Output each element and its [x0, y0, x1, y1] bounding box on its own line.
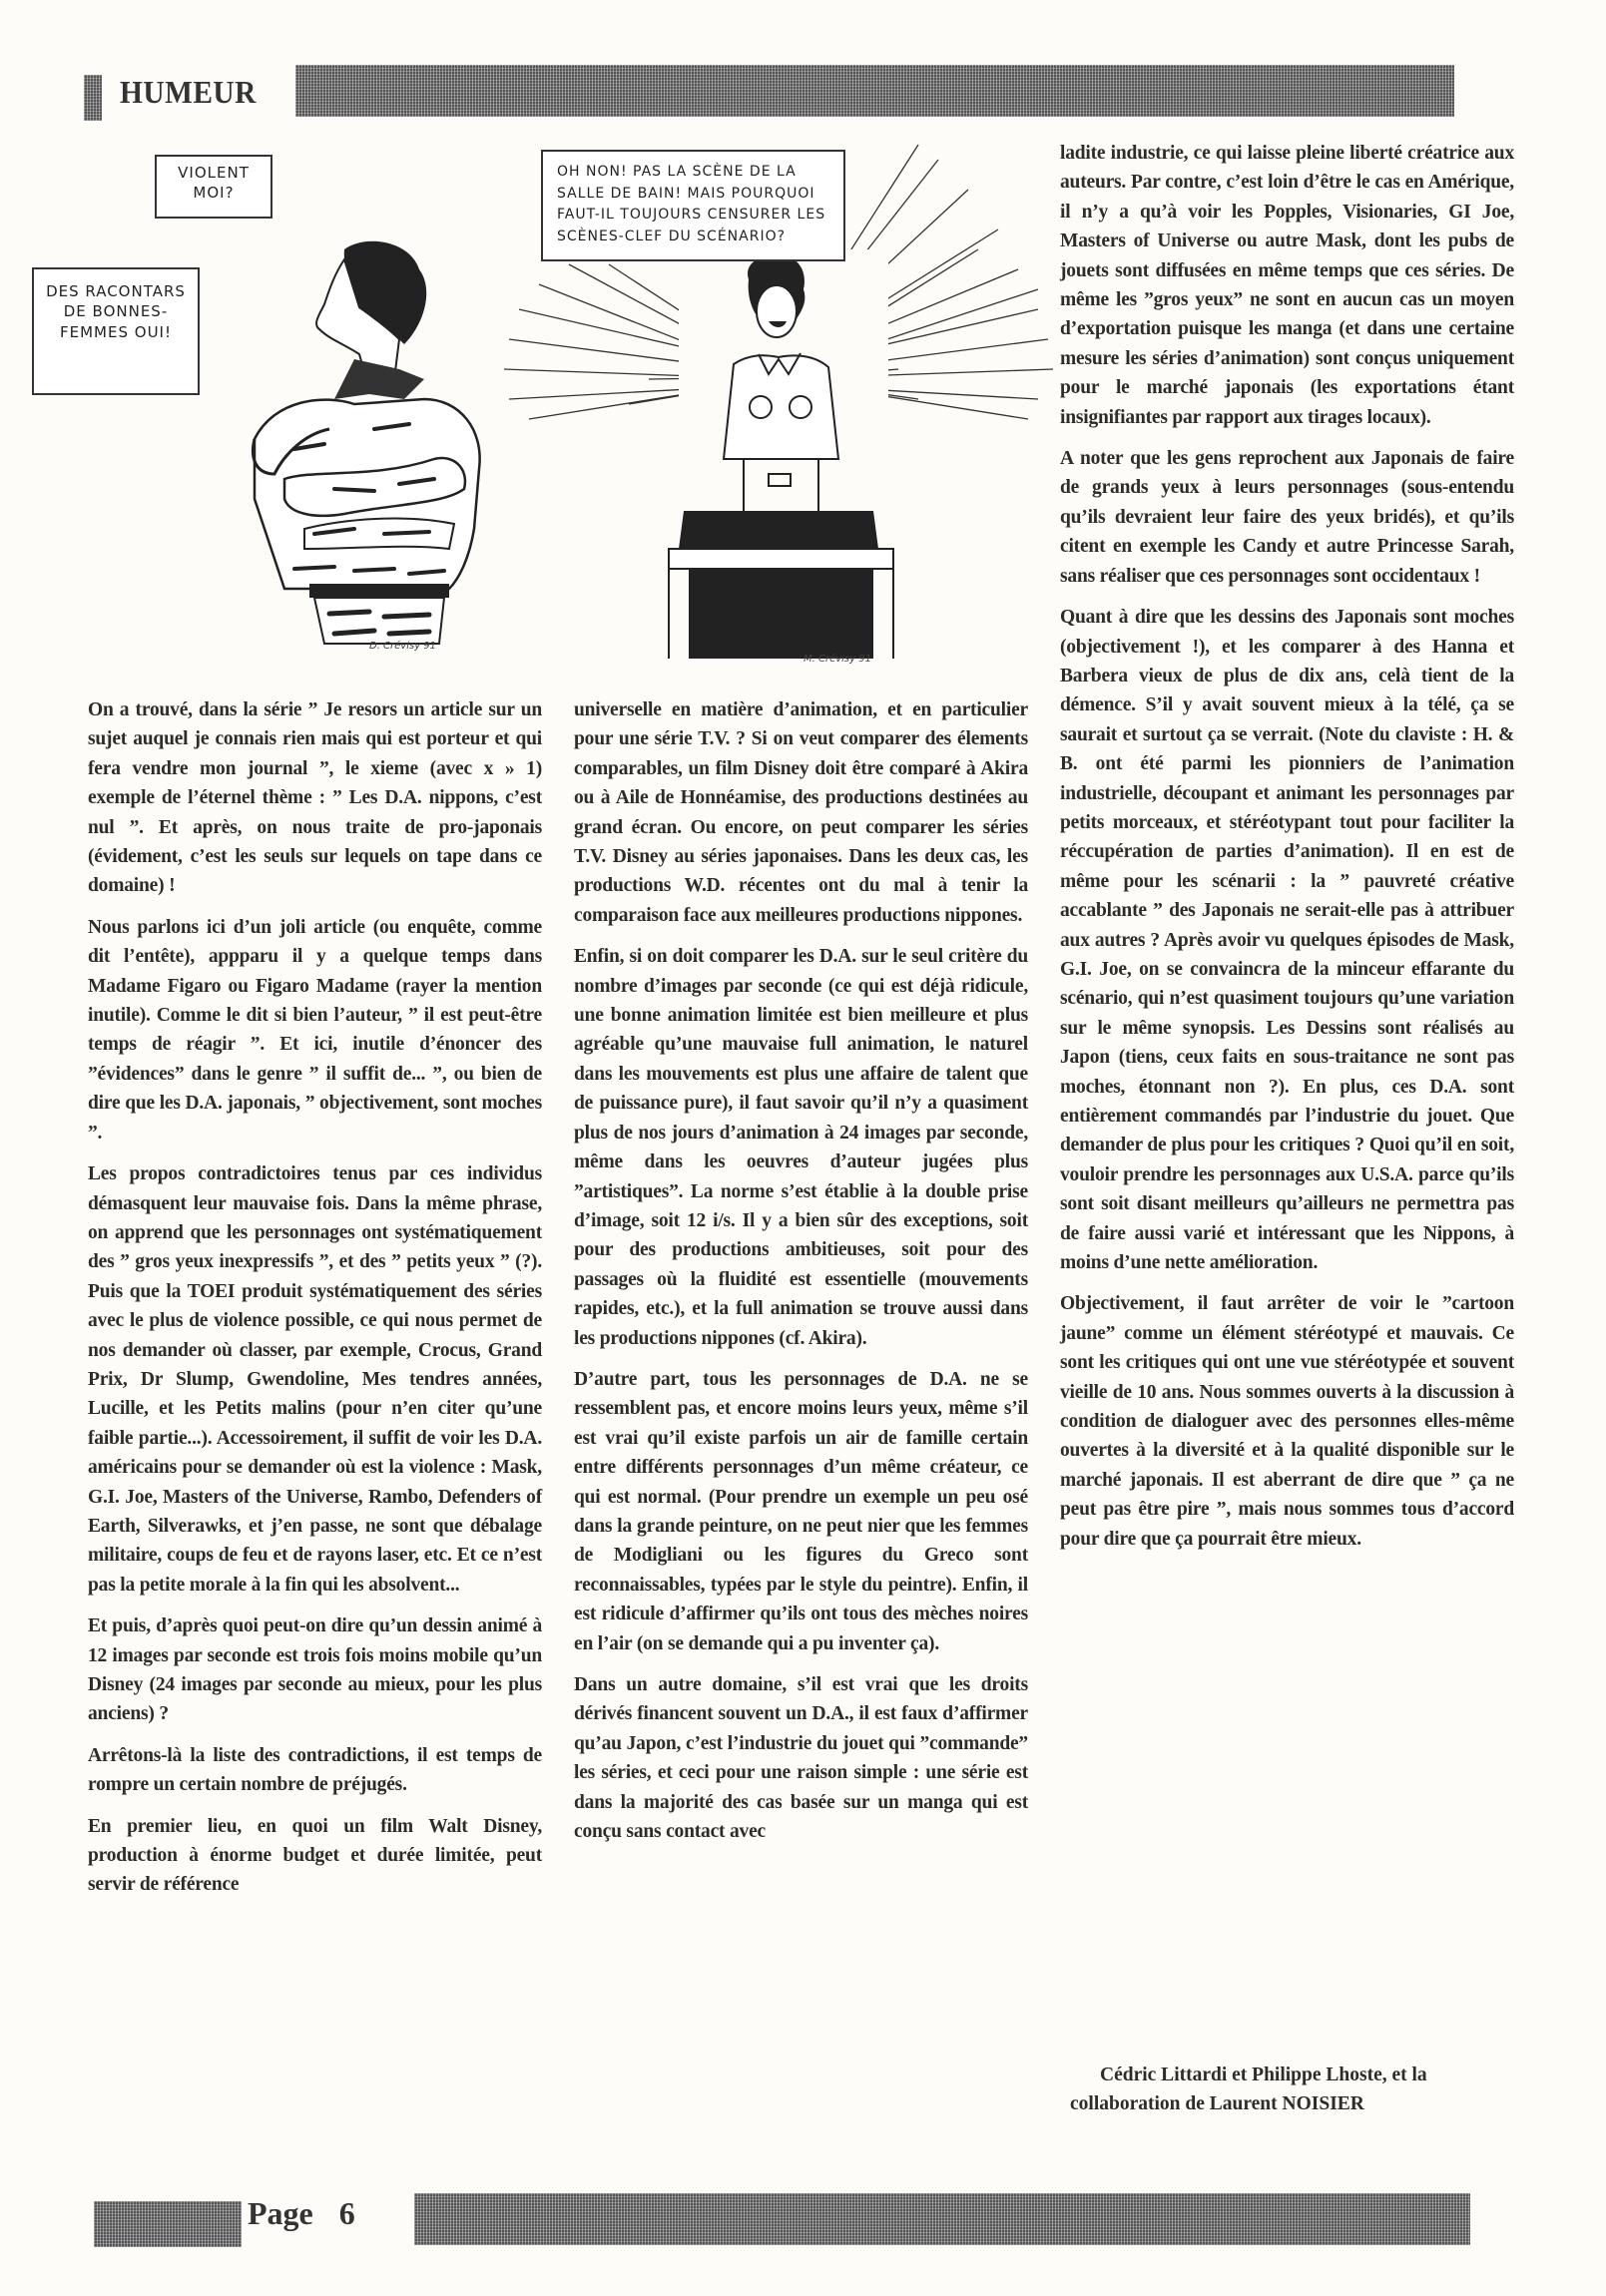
- paragraph: Arrêtons-là la liste des contradictions,…: [88, 1741, 542, 1800]
- speech-bubble-violent: Violent moi?: [155, 155, 272, 219]
- signature-left: D. Crévisy 91: [369, 641, 436, 652]
- header-marker-block: [84, 75, 102, 121]
- paragraph: A noter que les gens reprochent aux Japo…: [1060, 444, 1514, 591]
- paragraph: Enfin, si on doit comparer les D.A. sur …: [574, 942, 1028, 1353]
- paragraph: Et puis, d’après quoi peut-on dire qu’un…: [88, 1611, 542, 1729]
- footer-marker-block: [94, 2201, 242, 2247]
- muscular-character-drawing: [195, 230, 514, 649]
- illustration-left-character: [195, 230, 514, 649]
- article-column-1: On a trouvé, dans la série ” Je resors u…: [88, 695, 542, 1912]
- paragraph: Objectivement, il faut arrêter de voir l…: [1060, 1289, 1514, 1554]
- paragraph: En premier lieu, en quoi un film Walt Di…: [88, 1812, 542, 1900]
- paragraph: Les propos contradictoires tenus par ces…: [88, 1159, 542, 1600]
- paragraph: universelle en matière d’animation, et e…: [574, 695, 1028, 930]
- paragraph: ladite industrie, ce qui laisse pleine l…: [1060, 139, 1514, 432]
- speech-bubble-racontars: Des racontars de bonnes-femmes oui!: [32, 267, 200, 395]
- article-column-2: universelle en matière d’animation, et e…: [574, 695, 1028, 1858]
- page-label: Page: [248, 2195, 313, 2231]
- article-column-3: ladite industrie, ce qui laisse pleine l…: [1060, 139, 1514, 1566]
- footer-hatched-bar: [414, 2193, 1470, 2245]
- signature-right: M. Crévisy 91: [803, 654, 871, 665]
- speech-bubble-censure: Oh non! Pas la scène de la salle de bain…: [541, 150, 845, 261]
- page-number: 6: [339, 2195, 355, 2231]
- paragraph: Quant à dire que les dessins des Japonai…: [1060, 603, 1514, 1277]
- paragraph: On a trouvé, dans la série ” Je resors u…: [88, 695, 542, 901]
- paragraph: Dans un autre domaine, s’il est vrai que…: [574, 1670, 1028, 1846]
- section-title: HUMEUR: [120, 74, 257, 111]
- author-byline: Cédric Littardi et Philippe Lhoste, et l…: [1070, 2061, 1529, 2119]
- paragraph: Nous parlons ici d’un joli article (ou e…: [88, 913, 542, 1148]
- paragraph: D’autre part, tous les personnages de D.…: [574, 1365, 1028, 1658]
- page-number-label: Page 6: [248, 2195, 355, 2232]
- header-hatched-bar: [295, 65, 1454, 117]
